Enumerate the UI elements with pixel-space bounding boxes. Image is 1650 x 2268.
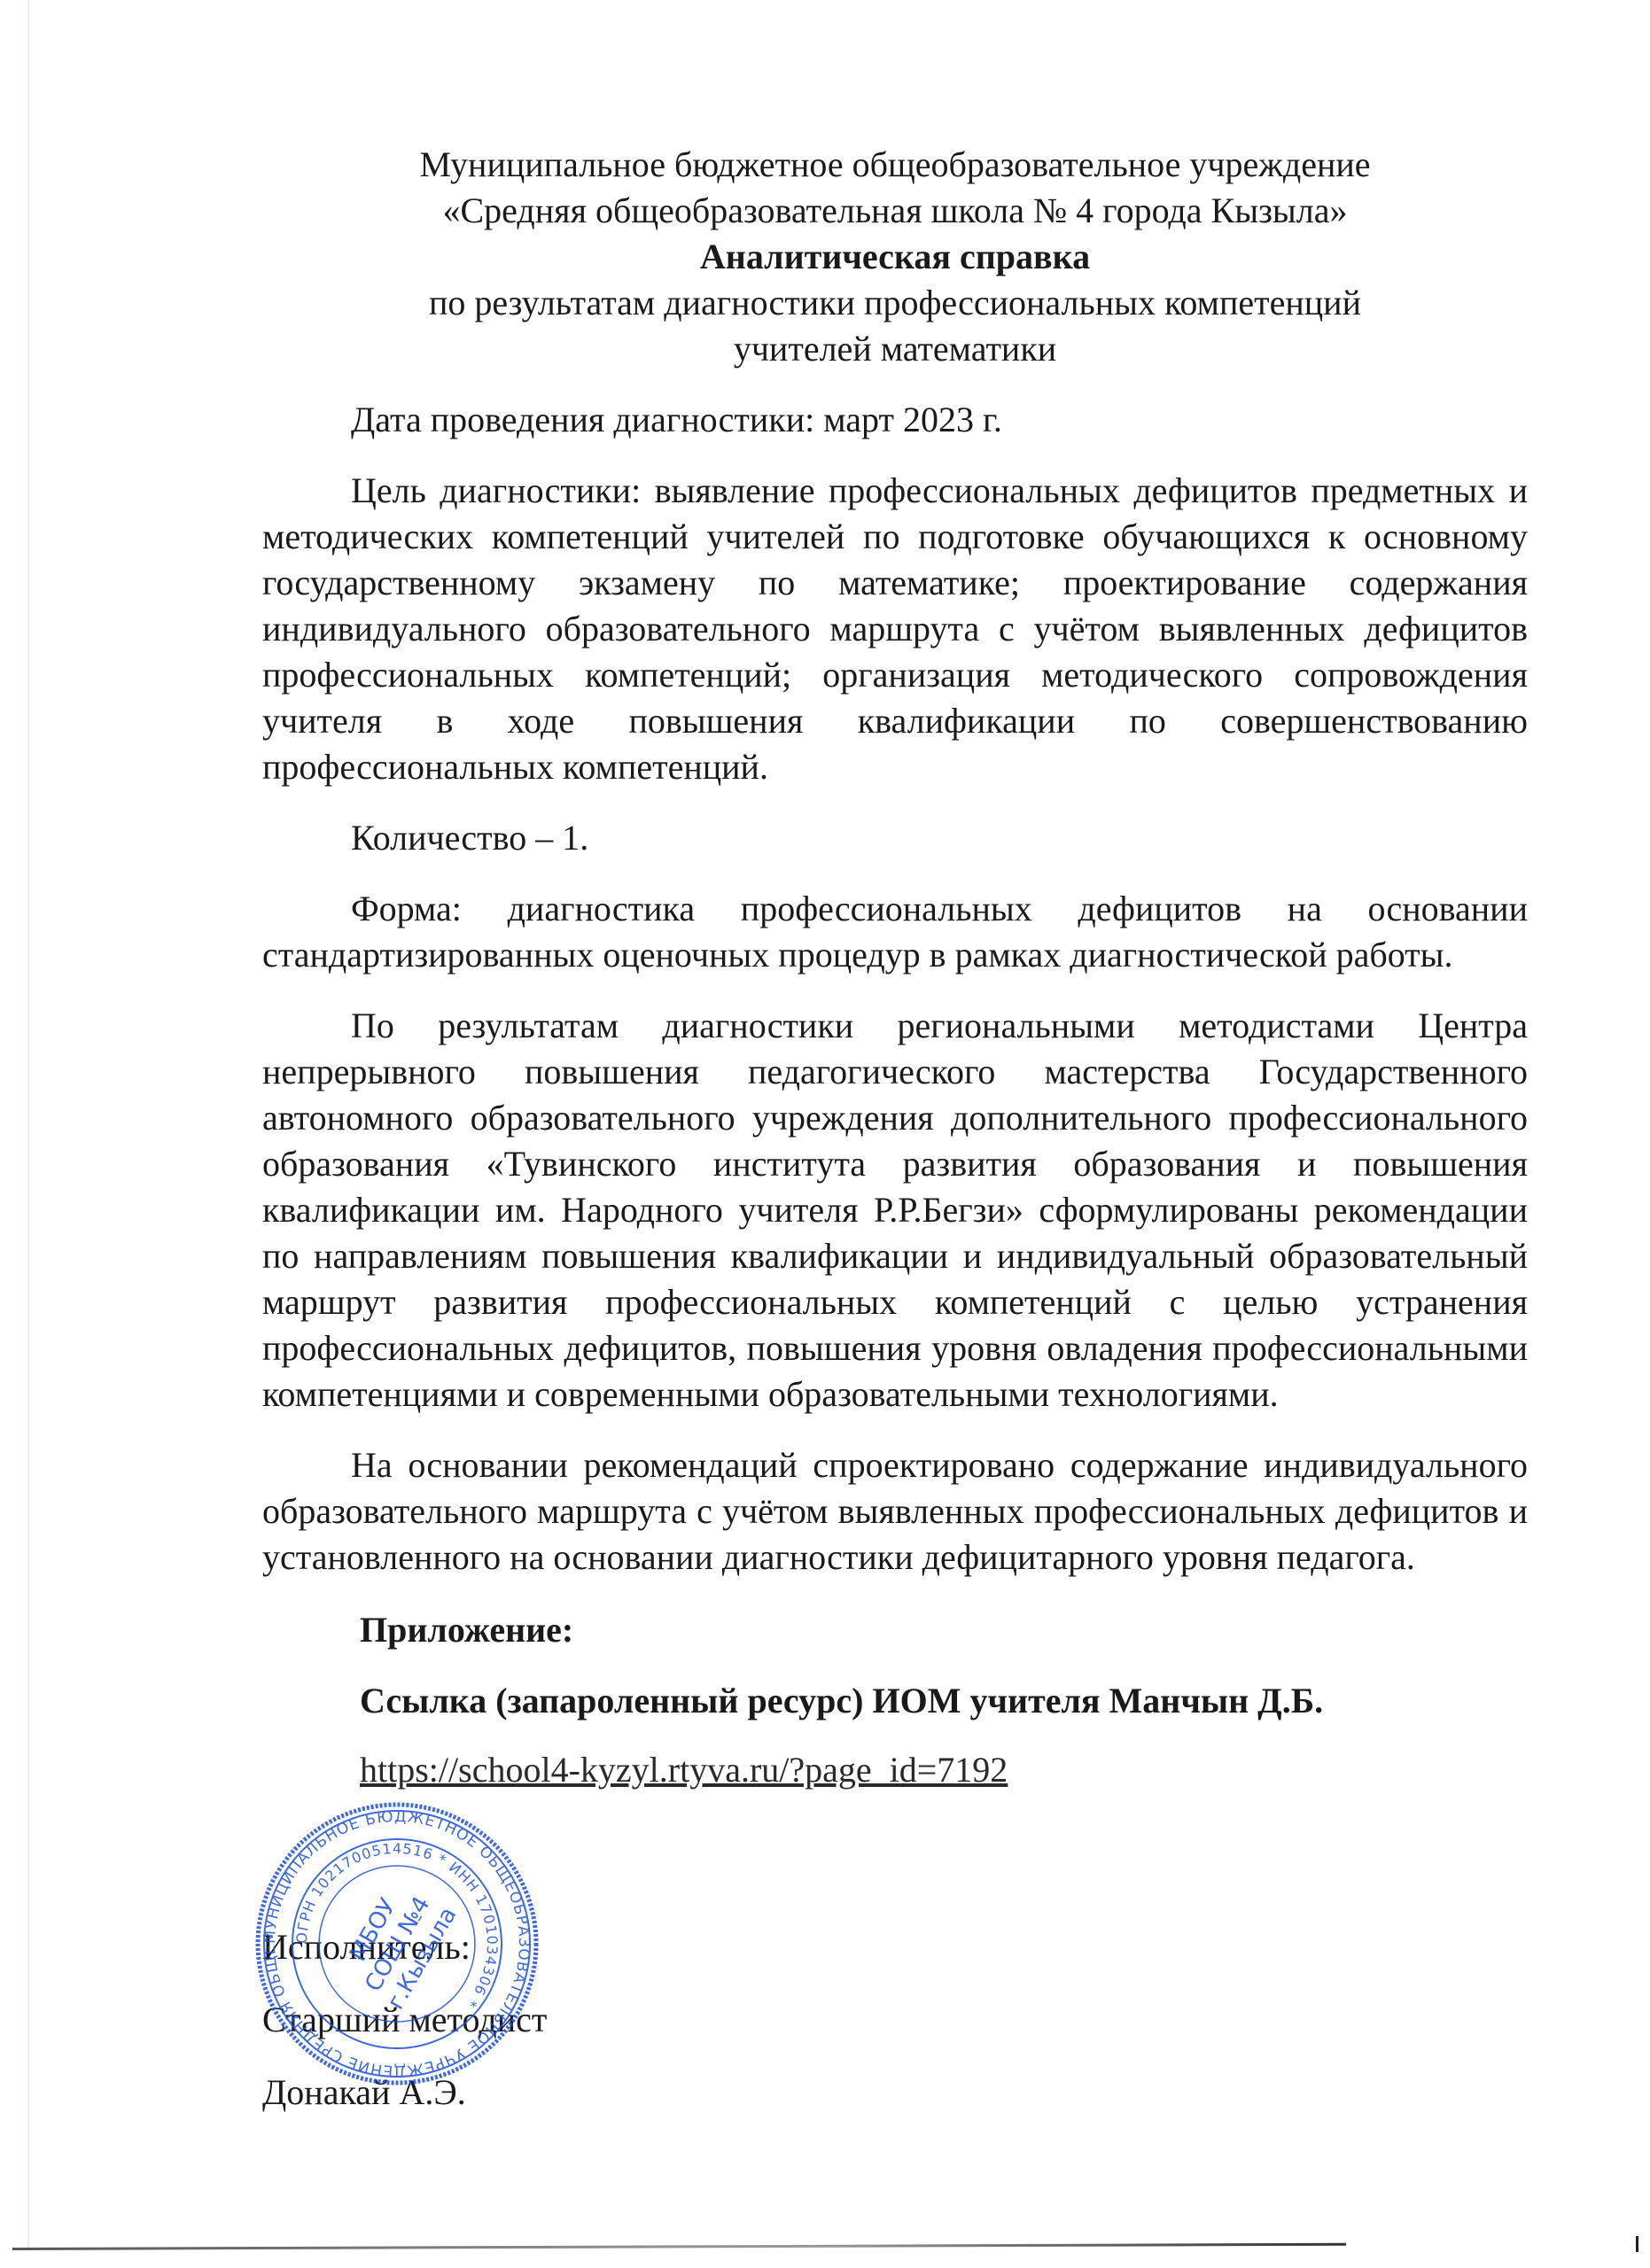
document-subtitle-line2: учителей математики bbox=[262, 326, 1528, 372]
signature-name: Донакай А.Э. bbox=[262, 2070, 547, 2116]
document-title: Аналитическая справка bbox=[262, 234, 1528, 280]
signature-position: Старший методист bbox=[262, 1997, 547, 2043]
document-subtitle-line1: по результатам диагностики профессиональ… bbox=[262, 280, 1528, 326]
page-edge bbox=[27, 0, 29, 2250]
appendix-url-link[interactable]: https://school4-kyzyl.rtyva.ru/?page_id=… bbox=[360, 1747, 1528, 1793]
appendix-label: Приложение: bbox=[360, 1607, 1528, 1653]
results-paragraph: По результатам диагностики региональными… bbox=[262, 1003, 1528, 1417]
institution-name-line1: Муниципальное бюджетное общеобразователь… bbox=[262, 142, 1528, 188]
count-paragraph: Количество – 1. bbox=[262, 815, 1528, 861]
document-header: Муниципальное бюджетное общеобразователь… bbox=[262, 142, 1528, 372]
scan-edge-corner bbox=[1636, 2236, 1638, 2252]
appendix-section: Приложение: Ссылка (запароленный ресурс)… bbox=[262, 1607, 1528, 1793]
signature-block: Исполнитель: Старший методист Донакай А.… bbox=[262, 1924, 547, 2142]
document-body: Муниципальное бюджетное общеобразователь… bbox=[262, 142, 1528, 1793]
conclusion-paragraph: На основании рекомендаций спроектировано… bbox=[262, 1442, 1528, 1581]
form-paragraph: Форма: диагностика профессиональных дефи… bbox=[262, 886, 1528, 978]
diagnostic-goal-paragraph: Цель диагностики: выявление профессионал… bbox=[262, 468, 1528, 790]
diagnostic-date: Дата проведения диагностики: март 2023 г… bbox=[262, 397, 1528, 443]
signature-role-label: Исполнитель: bbox=[262, 1924, 547, 1970]
scan-edge-line bbox=[12, 2243, 1346, 2250]
appendix-link-title: Ссылка (запароленный ресурс) ИОМ учителя… bbox=[360, 1678, 1528, 1724]
institution-name-line2: «Средняя общеобразовательная школа № 4 г… bbox=[262, 188, 1528, 234]
